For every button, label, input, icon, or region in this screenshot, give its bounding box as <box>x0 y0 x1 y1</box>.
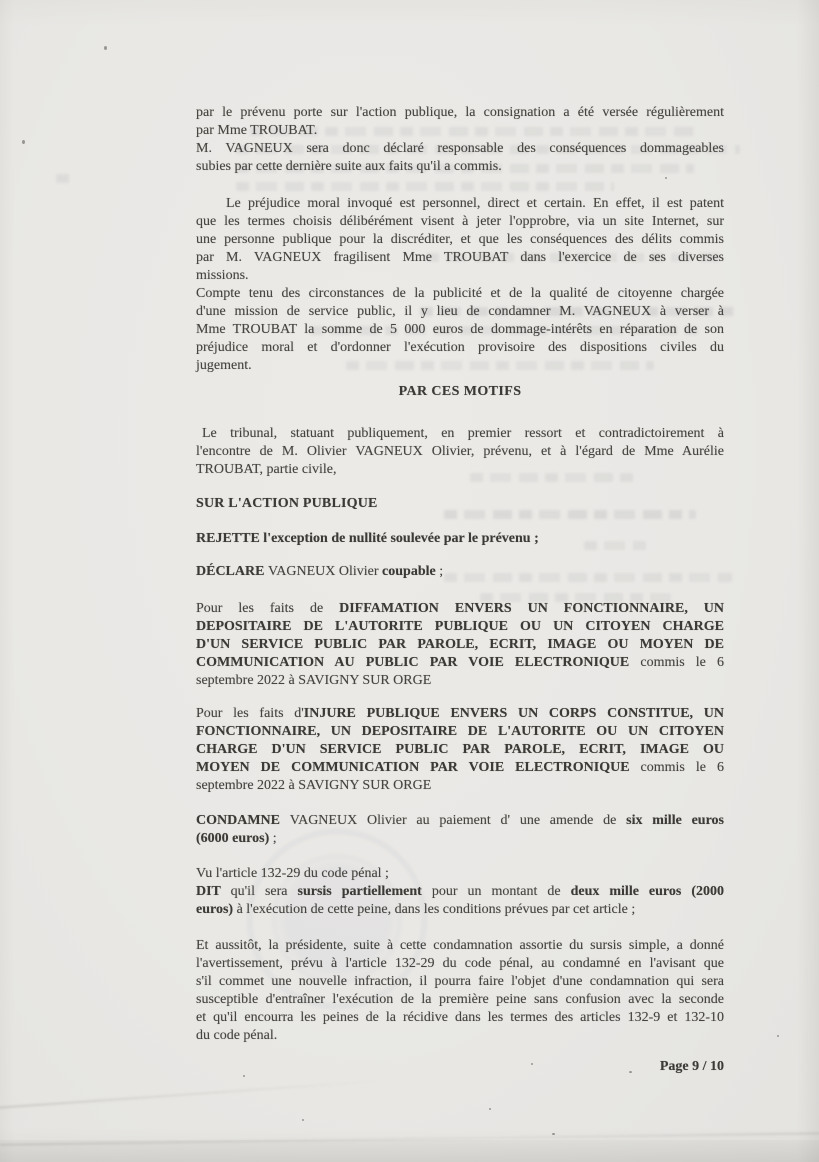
bold-text-run: six mille euros <box>626 813 724 828</box>
text-run: Pour les faits de <box>196 601 339 616</box>
text-line: d'une mission de service public, il y li… <box>196 303 724 321</box>
text-line: euros) à l'exécution de cette peine, dan… <box>196 901 724 919</box>
text-run: TROUBAT, partie civile, <box>196 462 337 477</box>
text-line: COMMUNICATION AU PUBLIC PAR VOIE ELECTRO… <box>196 654 724 672</box>
paragraph-consignation: par le prévenu porte sur l'action publiq… <box>196 104 724 176</box>
text-run: septembre 2022 à SAVIGNY SUR ORGE <box>196 778 431 793</box>
text-run: pour un montant de <box>432 884 571 899</box>
text-run: du code pénal. <box>196 1028 277 1043</box>
bold-text-run: SUR L'ACTION PUBLIQUE <box>196 496 378 511</box>
text-line: s'il commet une nouvelle infraction, il … <box>196 973 724 991</box>
heading-sur-action-publique: SUR L'ACTION PUBLIQUE <box>196 495 724 513</box>
paragraph-condamne-amende: CONDAMNE VAGNEUX Olivier au paiement d' … <box>196 812 724 848</box>
scanned-page: par le prévenu porte sur l'action publiq… <box>0 0 819 1162</box>
bold-text-run: MOYEN DE COMMUNICATION PAR VOIE ELECTRON… <box>196 760 630 775</box>
text-line: D'UN SERVICE PUBLIC PAR PAROLE, ECRIT, I… <box>196 636 724 654</box>
text-line: Le préjudice moral invoqué est personnel… <box>196 195 724 213</box>
text-line: l'avertissement, prévu à l'article 132-2… <box>196 955 724 973</box>
text-run: que les termes choisis délibérément vise… <box>196 214 724 229</box>
text-line: Compte tenu des circonstances de la publ… <box>196 285 724 303</box>
text-line: TROUBAT, partie civile, <box>196 461 724 479</box>
paper-crease <box>0 1079 390 1110</box>
text-line: MOYEN DE COMMUNICATION PAR VOIE ELECTRON… <box>196 759 724 777</box>
text-run: préjudice moral et d'ordonner l'exécutio… <box>196 340 724 355</box>
text-line: FONCTIONNAIRE, UN DEPOSITAIRE DE L'AUTOR… <box>196 723 724 741</box>
scan-speck <box>22 140 25 144</box>
text-run: subies par cette dernière suite aux fait… <box>196 159 502 174</box>
text-line: Pour les faits de DIFFAMATION ENVERS UN … <box>196 600 724 618</box>
scan-speck <box>552 1133 555 1135</box>
text-line: Mme TROUBAT la somme de 5 000 euros de d… <box>196 321 724 339</box>
text-line: Le tribunal, statuant publiquement, en p… <box>196 425 724 443</box>
text-run: une personne publique pour la discrédite… <box>196 232 724 247</box>
paragraph-faits-injure: Pour les faits d'INJURE PUBLIQUE ENVERS … <box>196 705 724 795</box>
paragraph-prejudice-moral: Le préjudice moral invoqué est personnel… <box>196 195 724 285</box>
text-run: Compte tenu des circonstances de la publ… <box>196 286 724 301</box>
bleed-through-smudge <box>56 174 72 183</box>
text-line: par Mme TROUBAT. <box>196 122 724 140</box>
paragraph-declare-coupable: DÉCLARE VAGNEUX Olivier coupable ; <box>196 563 724 581</box>
text-run: Vu l'article 132-29 du code pénal ; <box>196 866 389 881</box>
bold-text-run: euros) <box>196 902 233 917</box>
paper-edge-shadow <box>0 1140 819 1162</box>
paragraph-sursis: Vu l'article 132-29 du code pénal ;DIT q… <box>196 865 724 919</box>
text-run: ; <box>269 831 276 846</box>
bold-text-run: (6000 euros) <box>196 831 269 846</box>
text-run: Pour les faits d' <box>196 706 304 721</box>
text-line: DÉCLARE VAGNEUX Olivier coupable ; <box>196 563 724 581</box>
bold-text-run: PAR CES MOTIFS <box>399 384 522 399</box>
scan-speck <box>302 1119 304 1121</box>
page-number: Page 9 / 10 <box>196 1058 724 1076</box>
scan-speck <box>777 1035 779 1037</box>
document-content: par le prévenu porte sur l'action publiq… <box>196 104 724 1076</box>
text-run: VAGNEUX Olivier au paiement d' une amend… <box>290 813 626 828</box>
paragraph-condamnation-civile: Compte tenu des circonstances de la publ… <box>196 285 724 375</box>
bold-text-run: INJURE PUBLIQUE ENVERS UN CORPS CONSTITU… <box>304 706 724 721</box>
text-run: et qu'il encourra les peines de la récid… <box>196 1010 724 1025</box>
text-line: par M. VAGNEUX fragilisent Mme TROUBAT d… <box>196 249 724 267</box>
text-line: Vu l'article 132-29 du code pénal ; <box>196 865 724 883</box>
bold-text-run: Page 9 / 10 <box>660 1059 724 1074</box>
text-run: Le préjudice moral invoqué est personnel… <box>226 196 724 211</box>
bold-text-run: D'UN SERVICE PUBLIC PAR PAROLE, ECRIT, I… <box>196 637 724 652</box>
text-run: d'une mission de service public, il y li… <box>196 304 724 319</box>
scan-speck <box>104 46 107 50</box>
text-run: susceptible d'entraîner l'exécution de l… <box>196 992 724 1007</box>
text-run: l'encontre de M. Olivier VAGNEUX Olivier… <box>196 444 724 459</box>
text-line: REJETTE l'exception de nullité soulevée … <box>196 530 724 548</box>
text-line: septembre 2022 à SAVIGNY SUR ORGE <box>196 672 724 690</box>
paragraph-tribunal: Le tribunal, statuant publiquement, en p… <box>196 425 724 479</box>
text-run: qu'il sera <box>231 884 298 899</box>
text-line: que les termes choisis délibérément vise… <box>196 213 724 231</box>
text-line: du code pénal. <box>196 1027 724 1045</box>
heading-par-ces-motifs: PAR CES MOTIFS <box>196 383 724 401</box>
text-line: par le prévenu porte sur l'action publiq… <box>196 104 724 122</box>
text-line: l'encontre de M. Olivier VAGNEUX Olivier… <box>196 443 724 461</box>
bold-text-run: FONCTIONNAIRE, UN DEPOSITAIRE DE L'AUTOR… <box>196 724 724 739</box>
text-run: missions. <box>196 268 249 283</box>
text-run: s'il commet une nouvelle infraction, il … <box>196 974 724 989</box>
text-line: missions. <box>196 267 724 285</box>
bold-text-run: DEPOSITAIRE DE L'AUTORITE PUBLIQUE OU UN… <box>196 619 724 634</box>
bold-text-run: DÉCLARE <box>196 564 268 579</box>
bold-text-run: CONDAMNE <box>196 813 290 828</box>
text-line: M. VAGNEUX sera donc déclaré responsable… <box>196 140 724 158</box>
text-run: à l'exécution de cette peine, dans les c… <box>233 902 635 917</box>
text-line: PAR CES MOTIFS <box>196 383 724 401</box>
text-run: VAGNEUX Olivier <box>268 564 382 579</box>
text-line: préjudice moral et d'ordonner l'exécutio… <box>196 339 724 357</box>
text-line: DIT qu'il sera sursis partiellement pour… <box>196 883 724 901</box>
text-line: subies par cette dernière suite aux fait… <box>196 158 724 176</box>
bold-text-run: CHARGE D'UN SERVICE PUBLIC PAR PAROLE, E… <box>196 742 724 757</box>
text-run: jugement. <box>196 358 252 373</box>
bold-text-run: coupable <box>382 564 436 579</box>
text-line: (6000 euros) ; <box>196 830 724 848</box>
text-run: M. VAGNEUX sera donc déclaré responsable… <box>196 141 724 156</box>
text-line: septembre 2022 à SAVIGNY SUR ORGE <box>196 777 724 795</box>
bold-text-run: COMMUNICATION AU PUBLIC PAR VOIE ELECTRO… <box>196 655 629 670</box>
text-run: l'avertissement, prévu à l'article 132-2… <box>196 956 724 971</box>
text-line: Et aussitôt, la présidente, suite à cett… <box>196 937 724 955</box>
text-line: SUR L'ACTION PUBLIQUE <box>196 495 724 513</box>
text-run: par Mme TROUBAT. <box>196 123 317 138</box>
text-run: commis le 6 <box>630 760 724 775</box>
text-run: ; <box>436 564 443 579</box>
text-run: Le tribunal, statuant publiquement, en p… <box>202 426 724 441</box>
text-line: CHARGE D'UN SERVICE PUBLIC PAR PAROLE, E… <box>196 741 724 759</box>
paragraph-faits-diffamation: Pour les faits de DIFFAMATION ENVERS UN … <box>196 600 724 690</box>
text-line: DEPOSITAIRE DE L'AUTORITE PUBLIQUE OU UN… <box>196 618 724 636</box>
bold-text-run: REJETTE l'exception de nullité soulevée … <box>196 531 539 546</box>
paragraph-rejette: REJETTE l'exception de nullité soulevée … <box>196 530 724 548</box>
text-line: Page 9 / 10 <box>196 1058 724 1076</box>
text-run: commis le 6 <box>629 655 724 670</box>
text-run: par M. VAGNEUX fragilisent Mme TROUBAT d… <box>196 250 724 265</box>
text-line: jugement. <box>196 357 724 375</box>
text-run: par le prévenu porte sur l'action publiq… <box>196 105 724 120</box>
text-line: une personne publique pour la discrédite… <box>196 231 724 249</box>
text-line: Pour les faits d'INJURE PUBLIQUE ENVERS … <box>196 705 724 723</box>
bold-text-run: sursis partiellement <box>298 884 432 899</box>
scan-speck <box>489 1108 491 1110</box>
text-line: susceptible d'entraîner l'exécution de l… <box>196 991 724 1009</box>
bold-text-run: deux mille euros (2000 <box>571 884 724 899</box>
bold-text-run: DIT <box>196 884 231 899</box>
bold-text-run: DIFFAMATION ENVERS UN FONCTIONNAIRE, UN <box>339 601 724 616</box>
paragraph-avertissement: Et aussitôt, la présidente, suite à cett… <box>196 937 724 1045</box>
text-run: Mme TROUBAT la somme de 5 000 euros de d… <box>196 322 724 337</box>
text-run: Et aussitôt, la présidente, suite à cett… <box>196 938 724 953</box>
text-line: CONDAMNE VAGNEUX Olivier au paiement d' … <box>196 812 724 830</box>
text-run: septembre 2022 à SAVIGNY SUR ORGE <box>196 673 431 688</box>
text-line: et qu'il encourra les peines de la récid… <box>196 1009 724 1027</box>
